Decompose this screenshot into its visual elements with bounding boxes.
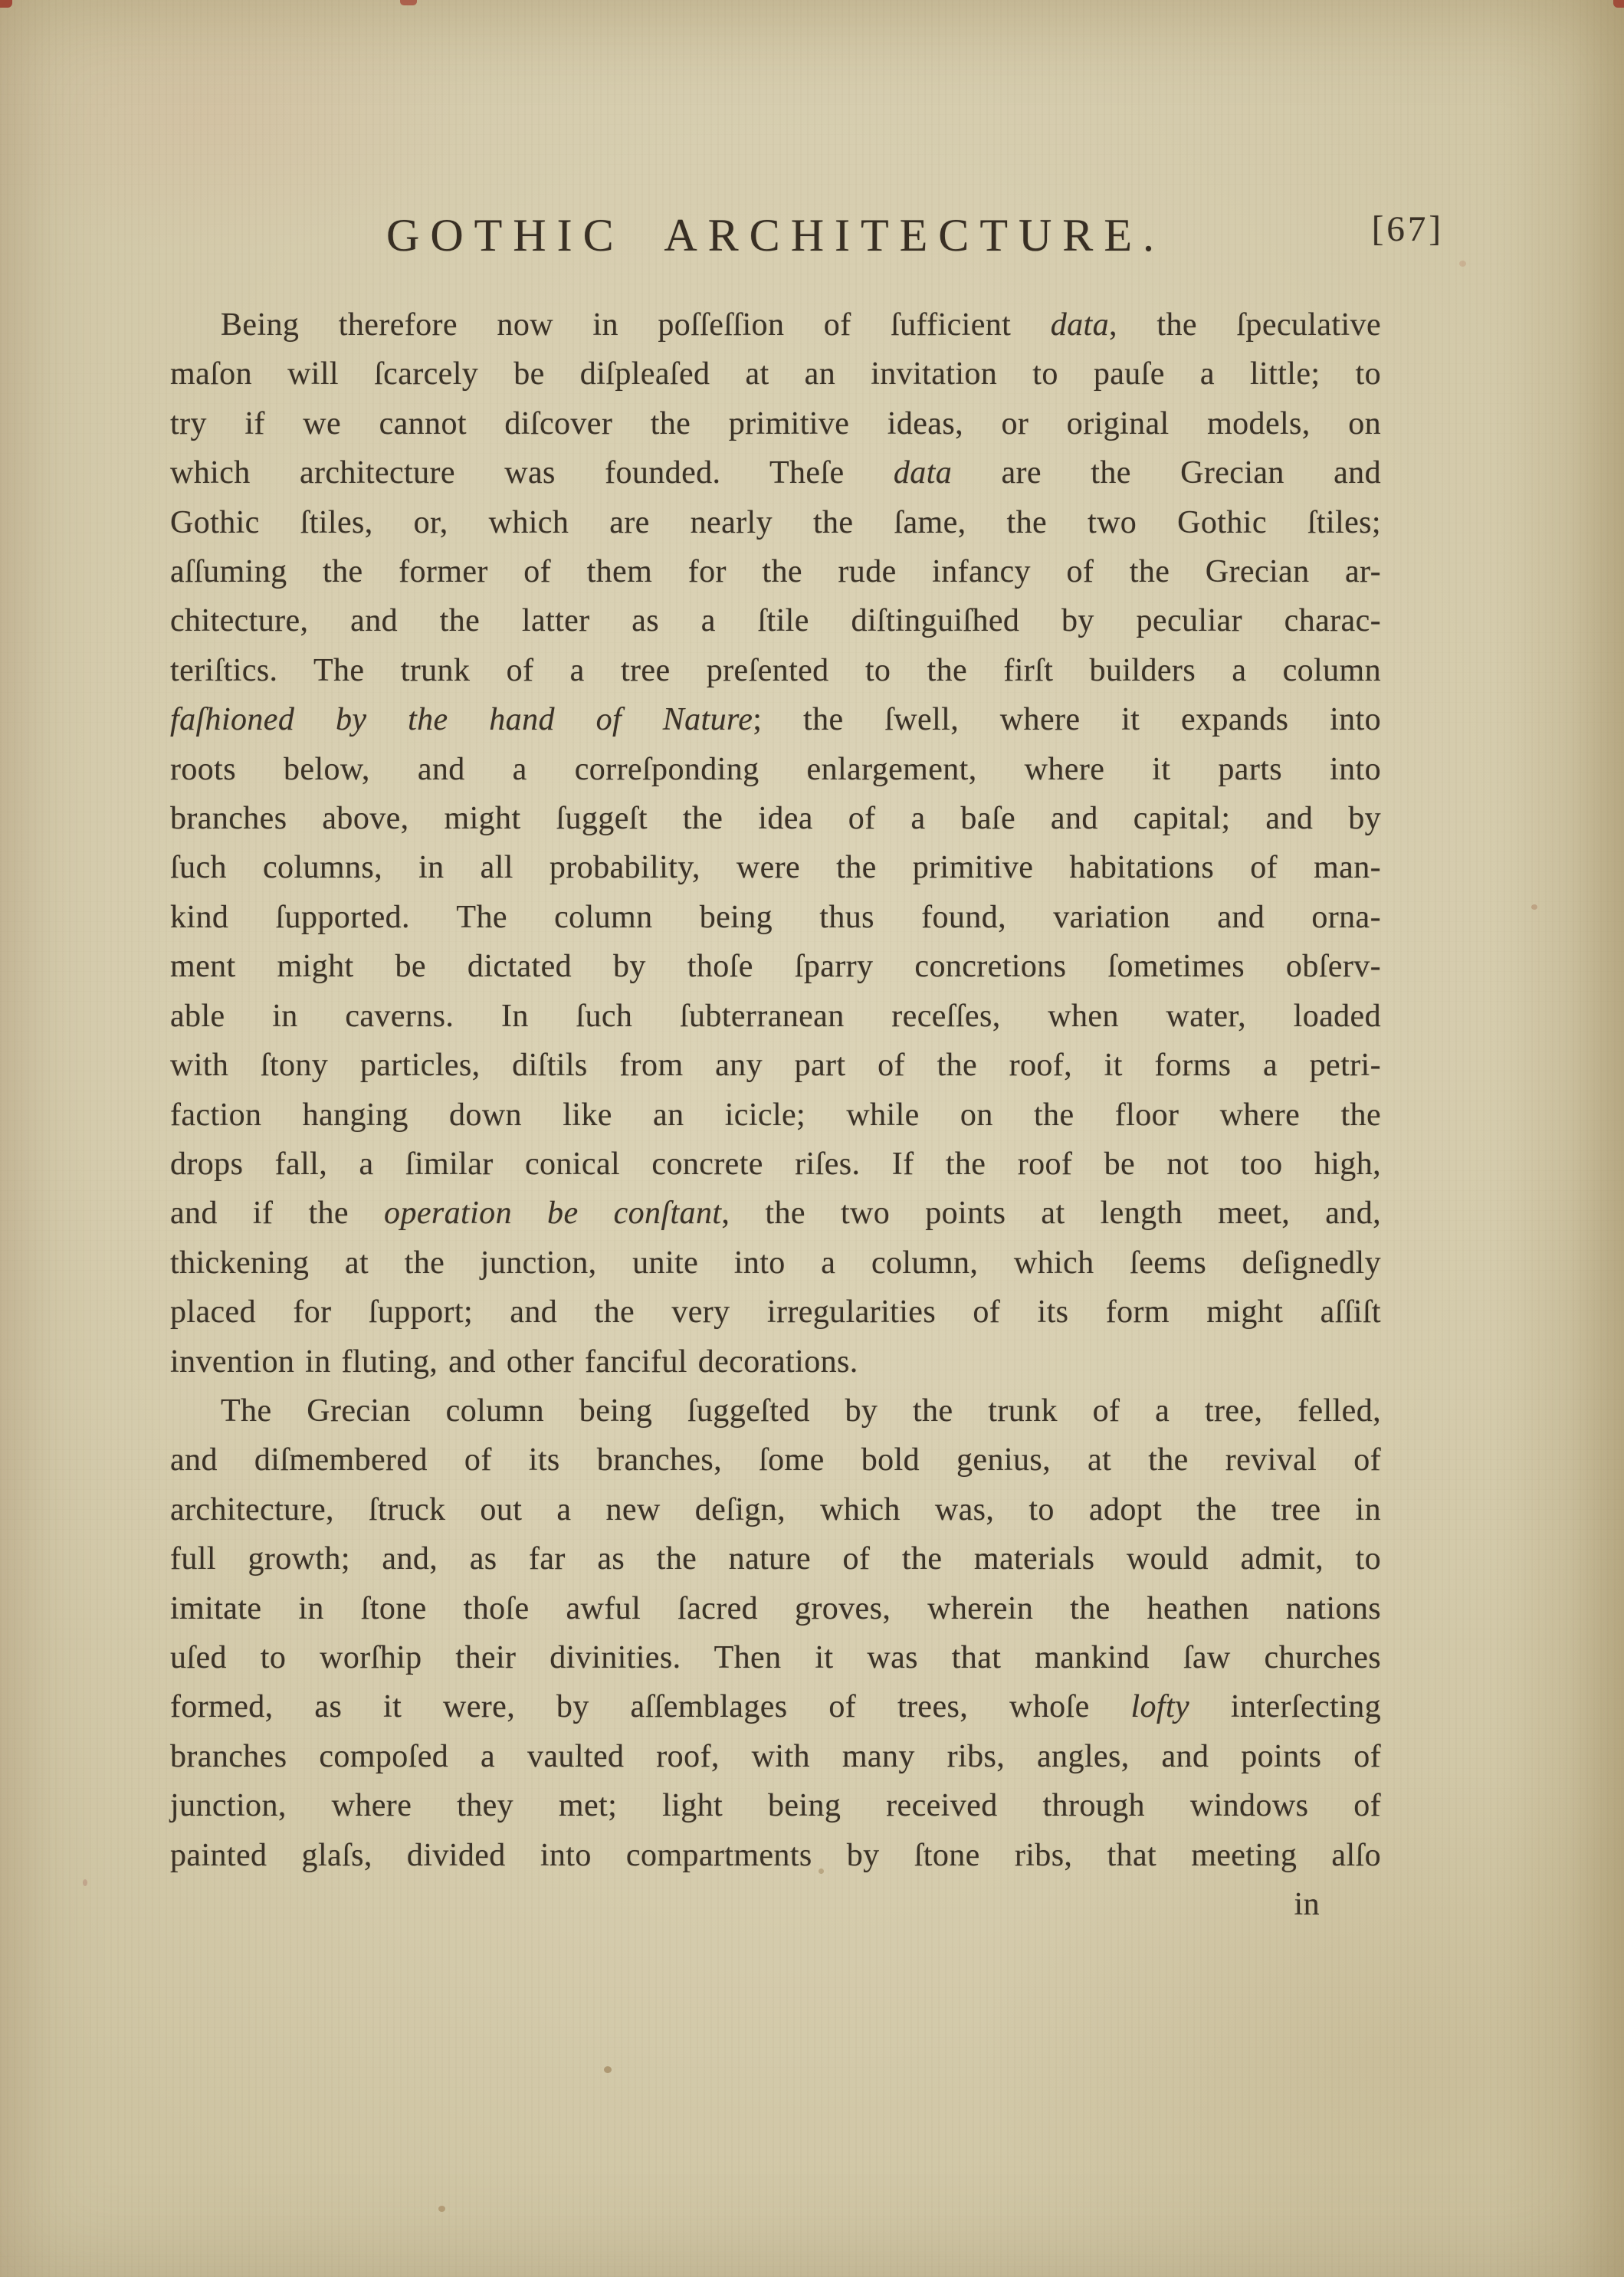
page-title: GOTHIC ARCHITECTURE. — [170, 212, 1381, 259]
italic-text: faſhioned by the hand of Nature — [170, 702, 753, 737]
running-head: GOTHIC ARCHITECTURE. — [170, 212, 1381, 259]
body-text-segment: Gothic ſtiles, or, which are nearly the … — [170, 505, 1381, 540]
scan-artifact-top-left — [0, 0, 12, 8]
text-line: maſon will ſcarcely be diſpleaſed at an … — [170, 349, 1381, 399]
text-line: imitate in ſtone thoſe awful ſacred grov… — [170, 1584, 1381, 1633]
body-text-segment: junction, where they met; light being re… — [170, 1788, 1381, 1823]
body-text-segment: branches above, might ſuggeſt the idea o… — [170, 801, 1381, 836]
paper-speckle — [604, 2066, 612, 2073]
text-line: faction hanging down like an icicle; whi… — [170, 1091, 1381, 1140]
paper-speckle — [83, 1879, 87, 1886]
body-text-segment: Being therefore now in poſſeſſion of ſuf… — [221, 307, 1051, 343]
italic-text: data — [894, 455, 952, 491]
body-text-segment: are the Grecian and — [952, 455, 1381, 491]
text-line: chitecture, and the latter as a ſtile di… — [170, 596, 1381, 645]
text-line: which architecture was founded. Theſe da… — [170, 448, 1381, 497]
body-text-segment: drops fall, a ſimilar conical concrete r… — [170, 1147, 1381, 1182]
page-number: [67] — [1372, 208, 1444, 250]
body-text: Being therefore now in poſſeſſion of ſuf… — [170, 300, 1381, 1929]
body-text-segment: uſed to worſhip their divinities. Then i… — [170, 1640, 1381, 1675]
text-line: junction, where they met; light being re… — [170, 1781, 1381, 1830]
body-text-segment: and diſmembered of its branches, ſome bo… — [170, 1442, 1381, 1478]
body-text-segment: roots below, and a correſponding enlarge… — [170, 752, 1381, 787]
book-page: GOTHIC ARCHITECTURE. [67] Being therefor… — [0, 0, 1624, 2277]
body-text-segment: formed, as it were, by aſſemblages of tr… — [170, 1689, 1130, 1724]
text-line: ſuch columns, in all probability, were t… — [170, 843, 1381, 892]
body-text-segment: ſuch columns, in all probability, were t… — [170, 850, 1381, 885]
text-line: branches above, might ſuggeſt the idea o… — [170, 794, 1381, 843]
text-line: full growth; and, as far as the nature o… — [170, 1534, 1381, 1583]
body-text-segment: aſſuming the former of them for the rude… — [170, 554, 1381, 589]
text-line: The Grecian column being ſuggeſted by th… — [170, 1386, 1381, 1435]
text-line: try if we cannot diſcover the primitive … — [170, 399, 1381, 448]
text-line: teriſtics. The trunk of a tree preſented… — [170, 646, 1381, 695]
scan-artifact-top-middle — [400, 0, 417, 5]
paper-speckle — [1531, 904, 1537, 910]
italic-text: lofty — [1130, 1689, 1189, 1724]
italic-text: operation be conſtant — [384, 1196, 721, 1231]
text-line: Gothic ſtiles, or, which are nearly the … — [170, 498, 1381, 547]
body-text-segment: teriſtics. The trunk of a tree preſented… — [170, 653, 1381, 688]
body-text-segment: architecture, ſtruck out a new deſign, w… — [170, 1492, 1381, 1527]
text-line: faſhioned by the hand of Nature; the ſwe… — [170, 695, 1381, 744]
text-line: painted glaſs, divided into compartments… — [170, 1831, 1381, 1880]
catchword: in — [170, 1880, 1381, 1929]
body-text-segment: which architecture was founded. Theſe — [170, 455, 894, 491]
text-line: and diſmembered of its branches, ſome bo… — [170, 1435, 1381, 1485]
body-text-segment: imitate in ſtone thoſe awful ſacred grov… — [170, 1591, 1381, 1626]
text-line: aſſuming the former of them for the rude… — [170, 547, 1381, 596]
text-line: Being therefore now in poſſeſſion of ſuf… — [170, 300, 1381, 349]
text-line: ment might be dictated by thoſe ſparry c… — [170, 942, 1381, 991]
body-text-segment: painted glaſs, divided into compartments… — [170, 1838, 1381, 1873]
body-text-segment: interſecting — [1189, 1689, 1381, 1724]
text-line: placed for ſupport; and the very irregul… — [170, 1288, 1381, 1337]
text-line: roots below, and a correſponding enlarge… — [170, 745, 1381, 794]
text-line: and if the operation be conſtant, the tw… — [170, 1189, 1381, 1238]
text-line: uſed to worſhip their divinities. Then i… — [170, 1633, 1381, 1682]
body-text-segment: , the two points at length meet, and, — [721, 1196, 1381, 1231]
text-line: branches compoſed a vaulted roof, with m… — [170, 1732, 1381, 1781]
body-text-segment: and if the — [170, 1196, 384, 1231]
body-text-segment: placed for ſupport; and the very irregul… — [170, 1294, 1381, 1330]
text-line: able in caverns. In ſuch ſubterranean re… — [170, 992, 1381, 1041]
body-text-segment: ; the ſwell, where it expands into — [753, 702, 1381, 737]
text-line: architecture, ſtruck out a new deſign, w… — [170, 1485, 1381, 1534]
italic-text: data — [1051, 307, 1109, 343]
body-text-segment: faction hanging down like an icicle; whi… — [170, 1097, 1381, 1133]
body-text-segment: chitecture, and the latter as a ſtile di… — [170, 603, 1381, 638]
text-line: drops fall, a ſimilar conical concrete r… — [170, 1140, 1381, 1189]
body-text-segment: thickening at the junction, unite into a… — [170, 1245, 1381, 1281]
text-line: kind ſupported. The column being thus fo… — [170, 893, 1381, 942]
text-line: invention in fluting, and other fanciful… — [170, 1337, 1381, 1386]
body-text-segment: try if we cannot diſcover the primitive … — [170, 406, 1381, 441]
text-line: with ſtony particles, diſtils from any p… — [170, 1041, 1381, 1090]
text-line: formed, as it were, by aſſemblages of tr… — [170, 1682, 1381, 1731]
body-text-segment: , the ſpeculative — [1109, 307, 1381, 343]
body-text-segment: able in caverns. In ſuch ſubterranean re… — [170, 999, 1381, 1034]
paper-speckle — [438, 2206, 445, 2212]
body-text-segment: The Grecian column being ſuggeſted by th… — [221, 1393, 1381, 1429]
paper-speckle — [1459, 261, 1466, 267]
body-text-segment: full growth; and, as far as the nature o… — [170, 1541, 1381, 1577]
body-text-segment: kind ſupported. The column being thus fo… — [170, 900, 1381, 935]
scan-artifact-top-right — [1613, 0, 1624, 8]
body-text-segment: maſon will ſcarcely be diſpleaſed at an … — [170, 356, 1381, 392]
body-text-segment: ment might be dictated by thoſe ſparry c… — [170, 949, 1381, 984]
body-text-segment: invention in fluting, and other fanciful… — [170, 1344, 858, 1380]
text-line: thickening at the junction, unite into a… — [170, 1239, 1381, 1288]
body-text-segment: branches compoſed a vaulted roof, with m… — [170, 1739, 1381, 1774]
body-text-segment: with ſtony particles, diſtils from any p… — [170, 1048, 1381, 1083]
